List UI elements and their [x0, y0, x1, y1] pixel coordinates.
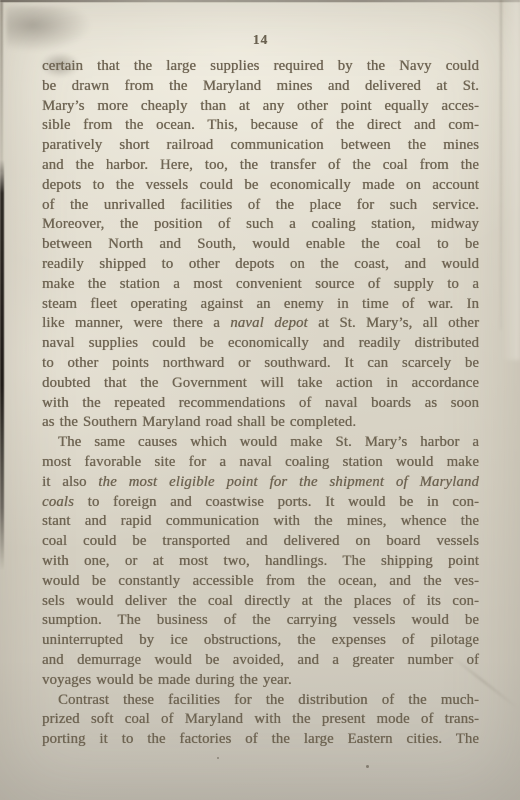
text-line: of the unrivalled facilities of the plac…: [42, 196, 479, 216]
text-line: it also the most eligible point for the …: [42, 473, 479, 493]
text-line: Mary’s more cheaply than at any other po…: [42, 97, 479, 117]
text-line: The same causes which would make St. Mar…: [42, 433, 479, 453]
text-line: voyages would be made during the year.: [42, 671, 479, 691]
text-line: between North and South, would enable th…: [42, 235, 479, 255]
paper-speck: [366, 765, 369, 768]
text-block: certain that the large supplies required…: [42, 57, 479, 750]
text-line: prized soft coal of Maryland with the pr…: [42, 710, 479, 730]
text-line: as the Southern Maryland road shall be c…: [42, 413, 479, 433]
paper-speck: [217, 757, 219, 759]
paper-sheen: [502, 0, 520, 360]
text-line: most favorable site for a naval coaling …: [42, 453, 479, 473]
text-line: sels would deliver the coal directly at …: [42, 592, 479, 612]
text-line: with one, or at most two, handlings. The…: [42, 552, 479, 572]
text-line: sible from the ocean. This, because of t…: [42, 116, 479, 136]
text-line: Contrast these facilities for the distri…: [42, 691, 479, 711]
text-line: coal could be transported and delivered …: [42, 532, 479, 552]
page-number: 14: [42, 32, 479, 48]
text-line: stant and rapid communication with the m…: [42, 512, 479, 532]
page-top-edge-shadow: [0, 0, 520, 2]
text-line: naval supplies could be economically and…: [42, 334, 479, 354]
text-line: porting it to the factories of the large…: [42, 730, 479, 750]
page-left-edge-faint: [0, 2, 3, 172]
text-line: readily shipped to other depots on the c…: [42, 255, 479, 275]
text-line: certain that the large supplies required…: [42, 57, 479, 77]
text-line: doubted that the Government will take ac…: [42, 374, 479, 394]
text-line: be drawn from the Maryland mines and del…: [42, 77, 479, 97]
page-left-edge-shadow: [0, 160, 4, 570]
text-line: paratively short railroad communication …: [42, 136, 479, 156]
text-line: coals to foreign and coastwise ports. It…: [42, 493, 479, 513]
text-line: with the repeated recommendations of nav…: [42, 394, 479, 414]
text-line: steam fleet operating against an enemy i…: [42, 295, 479, 315]
text-line: sumption. The business of the carrying v…: [42, 611, 479, 631]
text-line: uninterrupted by ice obstructions, the e…: [42, 631, 479, 651]
text-line: Moreover, the position of such a coaling…: [42, 215, 479, 235]
text-line: to other points northward or southward. …: [42, 354, 479, 374]
text-line: make the station a most convenient sourc…: [42, 275, 479, 295]
text-line: like manner, were there a naval depot at…: [42, 314, 479, 334]
book-page-photo: 14 certain that the large supplies requi…: [0, 0, 520, 800]
text-line: depots to the vessels could be economica…: [42, 176, 479, 196]
text-line: and the harbor. Here, too, the transfer …: [42, 156, 479, 176]
text-line: and demurrage would be avoided, and a gr…: [42, 651, 479, 671]
text-line: would be constantly accessible from the …: [42, 572, 479, 592]
